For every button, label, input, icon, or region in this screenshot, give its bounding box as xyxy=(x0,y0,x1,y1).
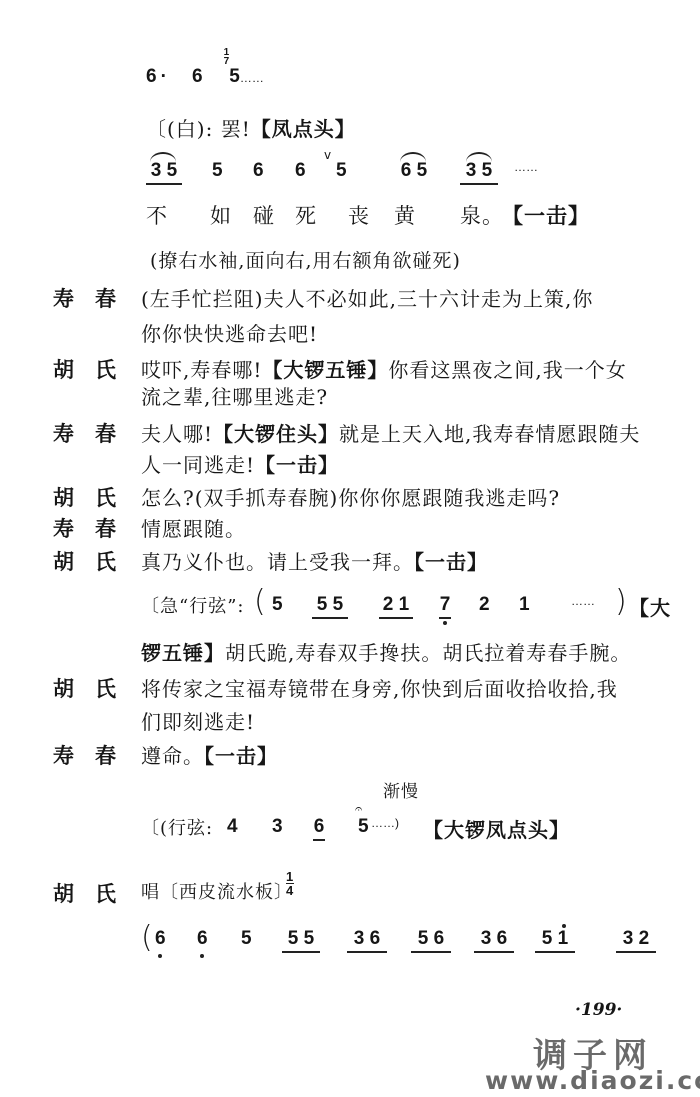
dialogue-text: 真乃义仆也。请上受我一拜。【一击】 xyxy=(141,546,488,575)
interlude-2: 〔(行弦: 4 3 6 𝄐 5 ……) 【大锣凤点头】 xyxy=(141,808,581,848)
note-group: 5 5 xyxy=(312,594,348,619)
speaker-name: 胡氏 xyxy=(53,549,137,574)
interlude-1: 〔急“行弦”: ( 5 5 5 2 1 7 2 1 …… ) 【大 xyxy=(141,588,681,624)
note: 6 xyxy=(146,66,157,88)
watermark-url: www.diaozi.com xyxy=(485,1066,700,1095)
dialogue-entry: 胡氏 将传家之宝福寿镜带在身旁,你快到后面收拾收拾,我 xyxy=(53,673,137,703)
dot-extension: · xyxy=(161,66,167,88)
note: 6 xyxy=(192,66,203,88)
continuation-dots: …… xyxy=(240,71,264,85)
note: 4 xyxy=(227,816,238,838)
note-group: 2 1 xyxy=(379,594,413,619)
note-low-octave: 7 xyxy=(439,594,451,619)
aria-heading: 胡氏 唱〔西皮流水板〕 1 4 xyxy=(53,878,137,908)
lyric-char: 黄 xyxy=(394,200,416,230)
breath-mark: v xyxy=(324,148,331,162)
continuation-dots: ……) xyxy=(371,816,399,830)
percussion-cue: 【大锣五锤】 xyxy=(262,358,388,382)
dialogue-entry: 寿春 夫人哪!【大锣住头】就是上天入地,我寿春情愿跟随夫 xyxy=(53,418,137,448)
lyric-char: 死 xyxy=(295,200,317,230)
speaker-name: 胡氏 xyxy=(53,485,137,510)
score-line-1: 6· 6 1 7 5…… xyxy=(146,66,264,88)
continuation-dots: …… xyxy=(571,594,595,608)
percussion-cue: 【大锣凤点头】 xyxy=(423,814,570,843)
tempo-marking: 渐慢 xyxy=(383,777,419,802)
spoken-word: 罢! xyxy=(221,117,251,141)
speaker-name: 胡氏 xyxy=(53,881,137,906)
dialogue-entry: 寿春 遵命。【一击】 xyxy=(53,740,137,770)
note: 1 xyxy=(519,594,530,616)
note-group: 5 1 xyxy=(535,928,575,953)
page-number: ·199· xyxy=(575,1000,622,1020)
note: 5 xyxy=(241,928,252,950)
note-underlined: 6 xyxy=(313,816,325,841)
speaker-name: 胡氏 xyxy=(53,676,137,701)
aria-label: 唱〔西皮流水板〕 xyxy=(141,878,293,904)
open-paren: ( xyxy=(254,584,266,619)
lyric-char: 碰 xyxy=(253,200,275,230)
note: 5 xyxy=(336,160,347,182)
fermata-icon: 𝄐 xyxy=(355,802,362,817)
lyric-char: 丧 xyxy=(348,200,370,230)
time-signature: 1 4 xyxy=(286,870,294,897)
interlude-prefix: 〔(行弦: xyxy=(141,814,213,840)
dialogue-continuation: 流之辈,往哪里逃走? xyxy=(141,381,328,410)
lyric-char: 不 xyxy=(146,200,168,230)
note-group: 3 6 xyxy=(474,928,514,953)
dialogue-text: 将传家之宝福寿镜带在身旁,你快到后面收拾收拾,我 xyxy=(141,673,618,702)
dialogue-text: 怎么?(双手抓寿春腕)你你你愿跟随我逃走吗? xyxy=(141,482,560,511)
dialogue-entry: 胡氏 真乃义仆也。请上受我一拜。【一击】 xyxy=(53,546,137,576)
speaker-name: 寿春 xyxy=(53,286,137,311)
note-high-octave: 1 xyxy=(558,928,569,949)
percussion-cue: 锣五锤】 xyxy=(141,641,225,665)
spoken-line: 〔(白): 罢!【凤点头】 xyxy=(146,113,356,142)
dialogue-text: 夫人哪!【大锣住头】就是上天入地,我寿春情愿跟随夫 xyxy=(141,418,640,447)
speaker-name: 寿春 xyxy=(53,516,137,541)
note: 5 xyxy=(229,66,240,88)
dialogue-continuation: 人一同逃走!【一击】 xyxy=(141,449,339,478)
note: 5 xyxy=(358,816,369,838)
lyric-char: 如 xyxy=(210,200,232,230)
stage-direction: (撩右水袖,面向右,用右额角欲碰死) xyxy=(150,246,461,273)
speaker-name: 寿春 xyxy=(53,743,137,768)
open-paren: ( xyxy=(141,920,153,955)
dialogue-continuation: 你你快快逃命去吧! xyxy=(141,318,318,347)
interlude-prefix: 〔急“行弦”: xyxy=(141,592,244,618)
note-group: 3 5 xyxy=(460,160,498,185)
percussion-cue: 【一击】 xyxy=(414,550,488,574)
spoken-prefix: 〔(白): xyxy=(146,117,213,141)
dialogue-text: 情愿跟随。 xyxy=(141,513,246,542)
note-group: 3 6 xyxy=(347,928,387,953)
percussion-cue: 【大锣住头】 xyxy=(213,422,339,446)
percussion-cue: 【大 xyxy=(629,592,671,621)
note-low-octave: 6 xyxy=(197,928,208,950)
percussion-cue: 【一击】 xyxy=(255,453,339,477)
dialogue-entry: 胡氏 哎吓,寿春哪!【大锣五锤】你看这黑夜之间,我一个女 xyxy=(53,354,137,384)
close-paren: ) xyxy=(615,584,627,619)
note-group: 3 2 xyxy=(616,928,656,953)
note: 5 xyxy=(272,594,283,616)
dialogue-text: (左手忙拦阻)夫人不必如此,三十六计走为上策,你 xyxy=(141,283,593,312)
note-group: 5 5 xyxy=(282,928,320,953)
note-group: 5 6 xyxy=(411,928,451,953)
note: 3 xyxy=(272,816,283,838)
stage-direction: 锣五锤】胡氏跪,寿春双手搀扶。胡氏拉着寿春手腕。 xyxy=(141,637,631,666)
continuation-dots: …… xyxy=(514,160,538,174)
dialogue-entry: 胡氏 怎么?(双手抓寿春腕)你你你愿跟随我逃走吗? xyxy=(53,482,137,512)
note: 6 xyxy=(253,160,264,182)
note: 5 xyxy=(212,160,223,182)
note: 6 xyxy=(295,160,306,182)
dialogue-entry: 寿春 情愿跟随。 xyxy=(53,513,137,543)
dialogue-continuation: 们即刻逃走! xyxy=(141,706,255,735)
lyric-char: 泉。 xyxy=(460,200,504,230)
aria-melody: ( 6 6 5 5 5 3 6 5 6 3 6 5 1 3 2 xyxy=(141,928,671,968)
percussion-cue: 【一击】 xyxy=(204,744,278,768)
dialogue-entry: 寿春 (左手忙拦阻)夫人不必如此,三十六计走为上策,你 xyxy=(53,283,137,313)
speaker-name: 胡氏 xyxy=(53,357,137,382)
note-group: 6 5 xyxy=(396,160,432,182)
percussion-cue: 【凤点头】 xyxy=(251,117,356,141)
note-group: 3 5 xyxy=(146,160,182,185)
dialogue-text: 遵命。【一击】 xyxy=(141,740,278,769)
grace-note: 1 7 xyxy=(224,48,230,66)
dialogue-text: 哎吓,寿春哪!【大锣五锤】你看这黑夜之间,我一个女 xyxy=(141,354,627,383)
percussion-cue: 【一击】 xyxy=(502,200,590,230)
speaker-name: 寿春 xyxy=(53,421,137,446)
note-low-octave: 6 xyxy=(155,928,166,950)
note: 2 xyxy=(479,594,490,616)
score-line-3: 3 5 5 6 6 v 5 6 5 3 5 …… xyxy=(146,160,586,192)
